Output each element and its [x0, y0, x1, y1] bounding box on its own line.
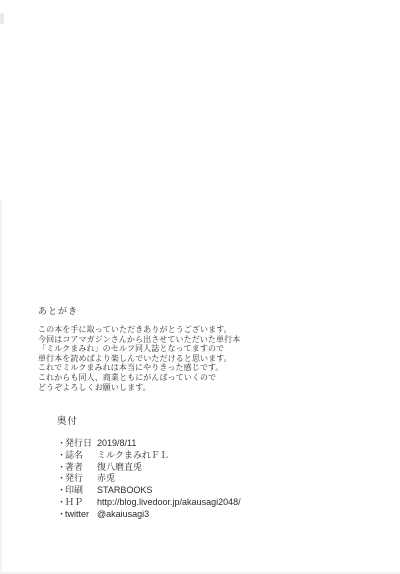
bullet: ・ [57, 462, 65, 474]
colophon-value: ミルクまみれＦＬ [97, 450, 169, 462]
colophon-value: 2019/8/11 [97, 438, 136, 450]
colophon-twitter-handle: @akaiusagi3 [97, 509, 149, 521]
colophon-row-title: ・ 誌名 ミルクまみれＦＬ [57, 450, 241, 462]
colophon-value: STARBOOKS [97, 485, 152, 497]
scan-edge-shadow [0, 200, 3, 574]
colophon-label: 印刷 [65, 485, 97, 497]
colophon-row-homepage: ・ ＨＰ http://blog.livedoor.jp/akausagi204… [57, 497, 241, 509]
afterword-line: どうぞよろしくお願いします。 [38, 383, 240, 393]
colophon-label: ＨＰ [65, 497, 97, 509]
colophon-row-publisher: ・ 発行 赤兎 [57, 473, 241, 485]
afterword-heading: あとがき [38, 304, 240, 317]
bullet: ・ [57, 509, 65, 521]
colophon-label: 著者 [65, 462, 97, 474]
bullet: ・ [57, 485, 65, 497]
afterword-line: 単行本を読めばより楽しんでいただけると思います。 [38, 354, 240, 364]
colophon-label: 発行 [65, 473, 97, 485]
colophon-label: 誌名 [65, 450, 97, 462]
afterword-line: これからも同人、商業ともにがんばっていくので [38, 373, 240, 383]
afterword-body: この本を手に取っていただきありがとうございます。 今回はコアマガジンさんから出さ… [38, 325, 240, 392]
colophon-value: 復八磨直兎 [97, 462, 142, 474]
bullet: ・ [57, 438, 65, 450]
bullet: ・ [57, 473, 65, 485]
afterword-section: あとがき この本を手に取っていただきありがとうございます。 今回はコアマガジンさ… [38, 304, 240, 392]
scanned-page: あとがき この本を手に取っていただきありがとうございます。 今回はコアマガジンさ… [0, 0, 400, 574]
colophon-row-author: ・ 著者 復八磨直兎 [57, 462, 241, 474]
afterword-line: 「ミルクまみれ」のセルフ同人誌となってますので [38, 344, 240, 354]
scan-artifact [0, 13, 4, 24]
colophon-value: 赤兎 [97, 473, 115, 485]
colophon-heading: 奥付 [57, 413, 241, 427]
colophon-row-publish-date: ・ 発行日 2019/8/11 [57, 438, 241, 450]
afterword-line: この本を手に取っていただきありがとうございます。 [38, 325, 240, 335]
afterword-line: これでミルクまみれは本当にやりきった感じです。 [38, 363, 240, 373]
bullet: ・ [57, 497, 65, 509]
colophon-section: 奥付 ・ 発行日 2019/8/11 ・ 誌名 ミルクまみれＦＬ ・ 著者 復八… [57, 413, 241, 521]
colophon-label: twitter [65, 509, 97, 521]
afterword-line: 今回はコアマガジンさんから出させていただいた単行本 [38, 335, 240, 345]
colophon-label: 発行日 [65, 438, 97, 450]
colophon-row-printer: ・ 印刷 STARBOOKS [57, 485, 241, 497]
colophon-url: http://blog.livedoor.jp/akausagi2048/ [97, 497, 241, 509]
colophon-list: ・ 発行日 2019/8/11 ・ 誌名 ミルクまみれＦＬ ・ 著者 復八磨直兎… [57, 438, 241, 521]
bullet: ・ [57, 450, 65, 462]
colophon-row-twitter: ・ twitter @akaiusagi3 [57, 509, 241, 521]
